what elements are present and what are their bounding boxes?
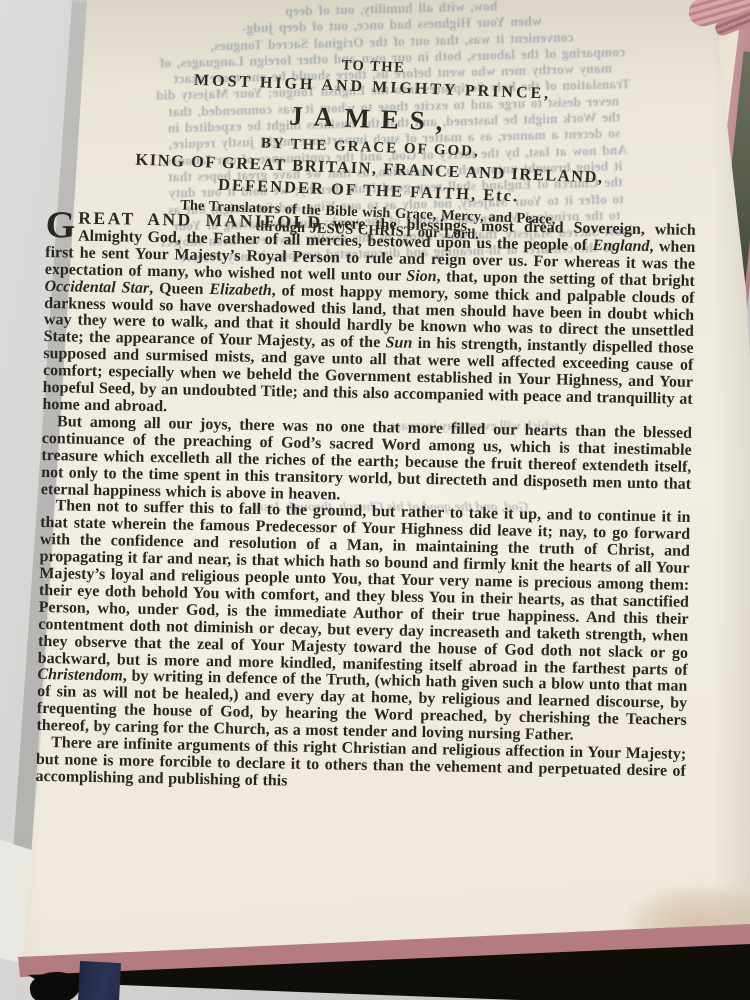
paragraph: Then not to suffer this to fall to the g…: [36, 498, 690, 747]
paragraph-lead-caps: REAT AND MANIFOLD: [78, 208, 323, 232]
body-text: GREAT AND MANIFOLD were the blessings, m…: [35, 209, 695, 798]
paragraph: But among all our joys, there was no one…: [41, 414, 692, 510]
ribbon-bookmark: [78, 961, 121, 1000]
paragraph: GREAT AND MANIFOLD were the blessings, m…: [42, 209, 696, 426]
drop-cap: G: [45, 209, 78, 241]
book-photo: how, with all humility, out of deepwhen …: [0, 0, 750, 1000]
